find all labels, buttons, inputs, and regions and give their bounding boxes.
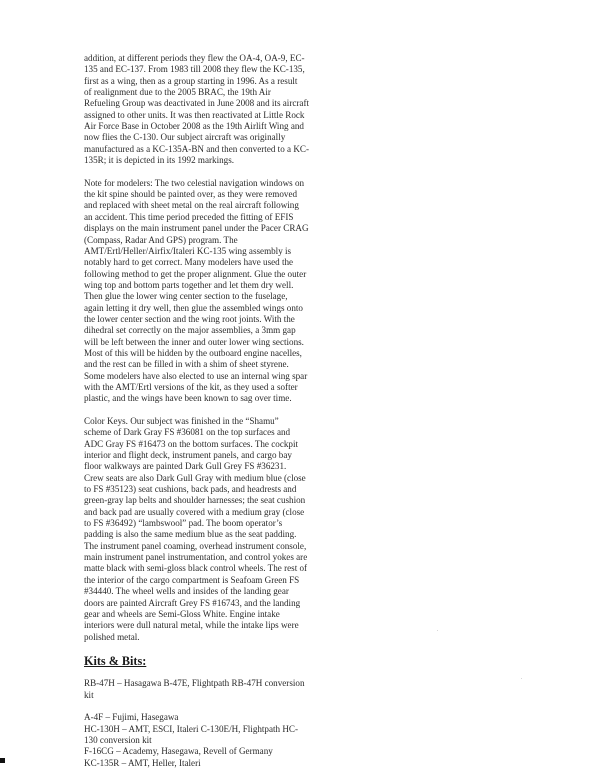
text-line: dihedral set correctly on the major asse… (84, 325, 299, 336)
text-line: polished metal. (84, 632, 299, 643)
text-line: addition, at different periods they flew… (84, 53, 299, 64)
text-line: to FS #36492) “lambswool” pad. The boom … (84, 518, 299, 529)
text-line: and replaced with sheet metal on the rea… (84, 200, 299, 211)
text-line: main instrument panel instrumentation, a… (84, 552, 299, 563)
text-line: green-gray lap belts and shoulder harnes… (84, 495, 299, 506)
text-column: addition, at different periods they flew… (84, 53, 299, 768)
scan-corner-mark (0, 758, 5, 763)
text-line: Some modelers have also elected to use a… (84, 371, 299, 382)
text-line: matte black with semi-gloss black contro… (84, 563, 299, 574)
text-line: Crew seats are also Dark Gull Gray with … (84, 473, 299, 484)
text-line: Then glue the lower wing center section … (84, 291, 299, 302)
text-line: following method to get the proper align… (84, 269, 299, 280)
paragraph-history: addition, at different periods they flew… (84, 53, 299, 166)
text-line: padding is also the same medium blue as … (84, 529, 299, 540)
text-line: plastic, and the wings have been known t… (84, 393, 299, 404)
text-line: notably hard to get correct. Many modele… (84, 257, 299, 268)
text-line: with the AMT/Ertl versions of the kit, a… (84, 382, 299, 393)
paragraph-color-keys: Color Keys. Our subject was finished in … (84, 416, 299, 643)
text-line: of realignment due to the 2005 BRAC, the… (84, 87, 299, 98)
text-line: and the rest can be filled in with a shi… (84, 359, 299, 370)
text-line: (Compass, Radar And GPS) program. The (84, 235, 299, 246)
text-line: Air Force Base in October 2008 as the 19… (84, 121, 299, 132)
text-line: interior and flight deck, instrument pan… (84, 450, 299, 461)
kit-list-item: HC-130H – AMT, ESCI, Italeri C-130E/H, F… (84, 724, 299, 735)
text-line: again letting it dry well, then glue the… (84, 303, 299, 314)
text-line: doors are painted Aircraft Grey FS #1674… (84, 598, 299, 609)
text-line: gear and wheels are Semi-Gloss White. En… (84, 609, 299, 620)
scan-speck (521, 678, 522, 679)
text-line: scheme of Dark Gray FS #36081 on the top… (84, 427, 299, 438)
text-line: 135 and EC-137. From 1983 till 2008 they… (84, 64, 299, 75)
kits-list-group-2: A-4F – Fujimi, HasegawaHC-130H – AMT, ES… (84, 712, 299, 768)
kit-list-item: 130 conversion kit (84, 735, 299, 746)
kit-list-item: F-16CG – Academy, Hasegawa, Revell of Ge… (84, 746, 299, 757)
text-line: to FS #35123) seat cushions, back pads, … (84, 484, 299, 495)
kit-list-item: kit (84, 690, 299, 701)
text-line: #34440. The wheel wells and insides of t… (84, 586, 299, 597)
text-line: AMT/Ertl/Heller/Airfix/Italeri KC-135 wi… (84, 246, 299, 257)
text-line: the kit spine should be painted over, as… (84, 189, 299, 200)
text-line: the lower center section and the wing ro… (84, 314, 299, 325)
text-line: Most of this will be hidden by the outbo… (84, 348, 299, 359)
kit-list-item: A-4F – Fujimi, Hasegawa (84, 712, 299, 723)
text-line: interiors were dull natural metal, while… (84, 620, 299, 631)
text-line: ADC Gray FS #16473 on the bottom surface… (84, 439, 299, 450)
text-line: first as a wing, then as a group startin… (84, 76, 299, 87)
text-line: manufactured as a KC-135A-BN and then co… (84, 144, 299, 155)
text-line: wing top and bottom parts together and l… (84, 280, 299, 291)
kit-list-item: KC-135R – AMT, Heller, Italeri (84, 758, 299, 768)
text-line: 135R; it is depicted in its 1992 marking… (84, 155, 299, 166)
paragraph-modeler-notes: Note for modelers: The two celestial nav… (84, 178, 299, 405)
text-line: displays on the main instrument panel un… (84, 223, 299, 234)
text-line: The instrument panel coaming, overhead i… (84, 541, 299, 552)
kits-list-group-1: RB-47H – Hasagawa B-47E, Flightpath RB-4… (84, 678, 299, 701)
text-line: the interior of the cargo compartment is… (84, 575, 299, 586)
text-line: Refueling Group was deactivated in June … (84, 98, 299, 109)
document-page: addition, at different periods they flew… (0, 0, 591, 768)
text-line: floor walkways are painted Dark Gull Gre… (84, 461, 299, 472)
text-line: assigned to other units. It was then rea… (84, 110, 299, 121)
kits-bits-heading: Kits & Bits: (84, 654, 299, 668)
scan-speck (437, 630, 438, 631)
kit-list-item: RB-47H – Hasagawa B-47E, Flightpath RB-4… (84, 678, 299, 689)
text-line: now flies the C-130. Our subject aircraf… (84, 132, 299, 143)
text-line: will be left between the inner and outer… (84, 337, 299, 348)
text-line: Color Keys. Our subject was finished in … (84, 416, 299, 427)
text-line: and back pad are usually covered with a … (84, 507, 299, 518)
text-line: an accident. This time period preceded t… (84, 212, 299, 223)
text-line: Note for modelers: The two celestial nav… (84, 178, 299, 189)
